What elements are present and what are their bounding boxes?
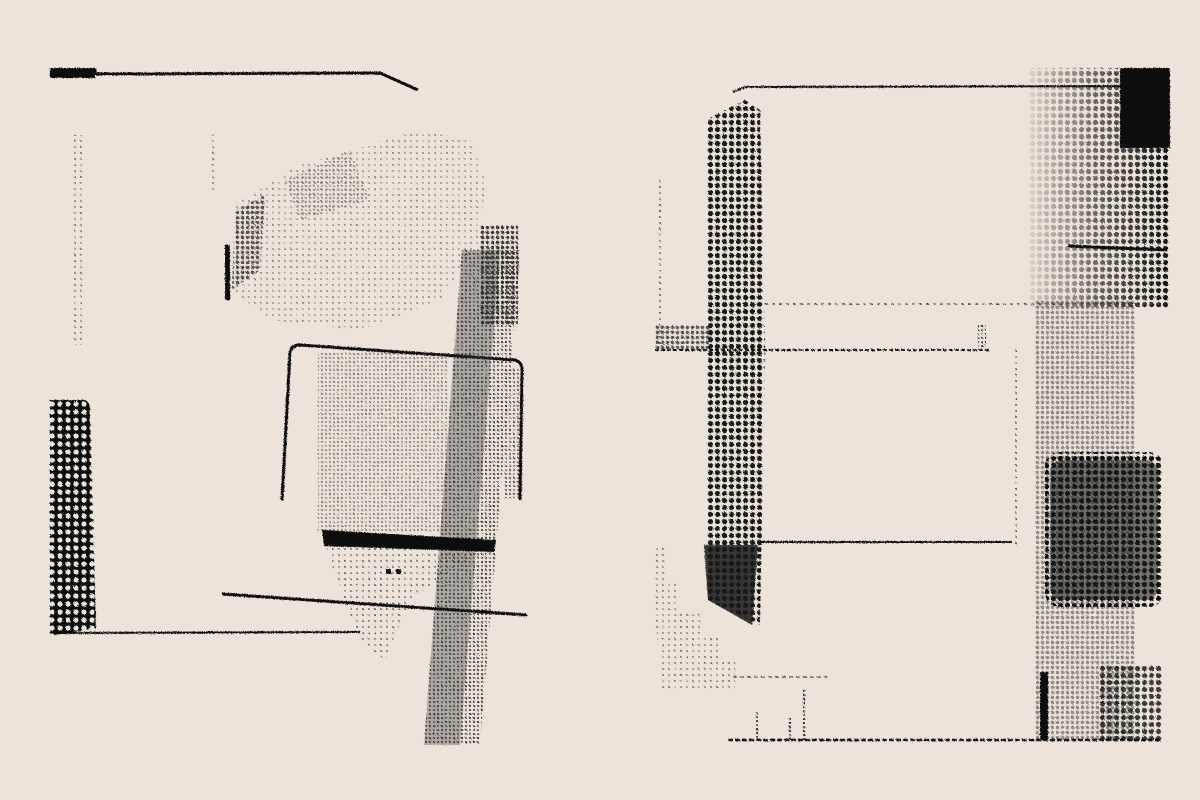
bottom-right-dark-tick — [1040, 672, 1048, 740]
left-stair-block — [655, 325, 710, 350]
funnel-dot-2 — [396, 569, 401, 574]
artwork-canvas — [0, 0, 1200, 800]
rounded-dark-block-core — [1050, 460, 1158, 600]
ghost-shape-left-edge — [225, 245, 230, 300]
top-rule-smudge — [50, 68, 95, 78]
bottom-rule — [55, 632, 360, 633]
bottom-right-halftone — [1100, 665, 1162, 740]
gradient-corner-core — [1120, 68, 1170, 148]
rounded-frame-fill — [318, 352, 448, 532]
paper-background — [0, 0, 1200, 800]
halftone-column-left — [50, 400, 96, 636]
funnel-dot-1 — [386, 569, 391, 574]
dashed-rule-tick — [978, 325, 986, 350]
